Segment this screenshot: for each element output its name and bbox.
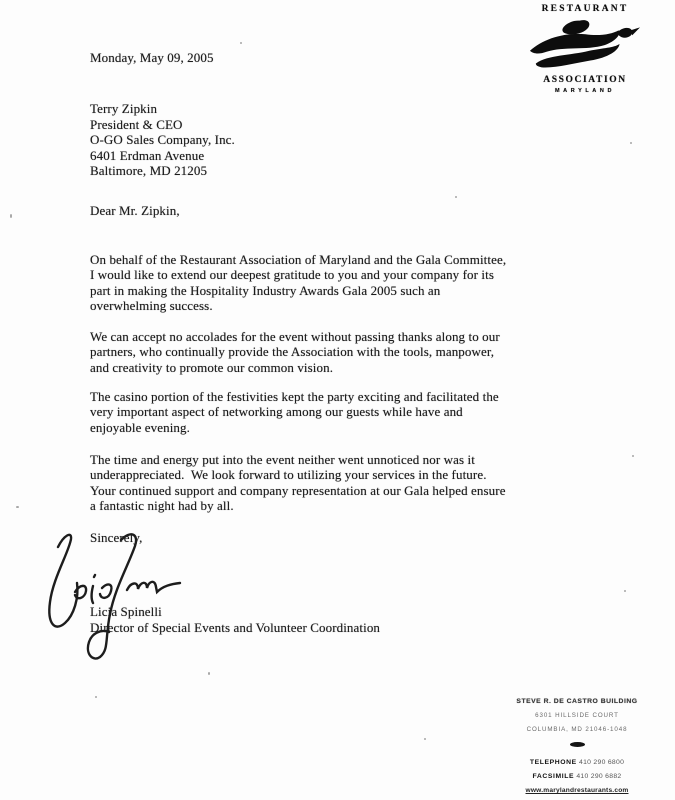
- paragraph-line: part in making the Hospitality Industry …: [90, 283, 506, 298]
- paragraph-line: partners, who continually provide the As…: [90, 344, 500, 359]
- paragraph-2: We can accept no accolades for the event…: [90, 329, 500, 375]
- logo-text-association: ASSOCIATION: [524, 75, 646, 85]
- scan-speckle: [632, 455, 634, 457]
- footer-telephone-label: TELEPHONE: [530, 759, 577, 766]
- recipient-city: Baltimore, MD 21205: [90, 163, 235, 179]
- footer-divider-ornament: [488, 733, 666, 752]
- logo-text-restaurant: RESTAURANT: [524, 4, 646, 14]
- scanned-letter-page: RESTAURANT ASSOCIATION MARYLAND Monday, …: [0, 0, 675, 800]
- scan-speckle: [208, 672, 210, 675]
- scan-speckle: [455, 196, 457, 198]
- recipient-company: O-GO Sales Company, Inc.: [90, 132, 235, 148]
- footer-facsimile-label: FACSIMILE: [532, 773, 574, 780]
- paragraph-line: The casino portion of the festivities ke…: [90, 389, 499, 404]
- paragraph-line: We can accept no accolades for the event…: [90, 329, 500, 344]
- scan-speckle: [630, 142, 632, 144]
- recipient-street: 6401 Erdman Avenue: [90, 148, 235, 164]
- recipient-title: President & CEO: [90, 117, 235, 133]
- footer-facsimile: FACSIMILE 410 290 6882: [488, 773, 666, 780]
- paragraph-line: a fantastic night had by all.: [90, 498, 506, 513]
- footer-website: www.marylandrestaurants.com: [488, 787, 666, 794]
- footer-telephone: TELEPHONE 410 290 6800: [488, 759, 666, 766]
- footer-street: 6301 HILLSIDE COURT: [488, 712, 666, 719]
- logo-text-maryland: MARYLAND: [524, 88, 646, 94]
- footer-building: STEVE R. DE CASTRO BUILDING: [488, 698, 666, 705]
- salutation: Dear Mr. Zipkin,: [90, 203, 180, 218]
- footer-city: COLUMBIA, MD 21046-1048: [488, 726, 666, 733]
- scan-speckle: [424, 738, 426, 740]
- paragraph-line: underappreciated. We look forward to uti…: [90, 467, 506, 482]
- footer-telephone-number: 410 290 6800: [579, 759, 624, 766]
- paragraph-line: and creativity to promote our common vis…: [90, 360, 500, 375]
- scan-speckle: [240, 42, 242, 44]
- letterhead-logo: RESTAURANT ASSOCIATION MARYLAND: [524, 4, 646, 94]
- scan-speckle: [624, 590, 626, 592]
- scan-speckle: [10, 214, 12, 218]
- paragraph-line: The time and energy put into the event n…: [90, 452, 506, 467]
- paragraph-3: The casino portion of the festivities ke…: [90, 389, 499, 435]
- paragraph-line: overwhelming success.: [90, 298, 506, 313]
- scan-speckle: [16, 506, 19, 508]
- paragraph-line: Your continued support and company repre…: [90, 483, 506, 498]
- paragraph-line: I would like to extend our deepest grati…: [90, 267, 506, 282]
- paragraph-line: very important aspect of networking amon…: [90, 404, 499, 419]
- handwritten-signature: [40, 527, 188, 661]
- paragraph-4: The time and energy put into the event n…: [90, 452, 506, 514]
- recipient-name: Terry Zipkin: [90, 101, 235, 117]
- wave-swoosh-icon: [524, 17, 646, 74]
- paragraph-line: On behalf of the Restaurant Association …: [90, 252, 506, 267]
- paragraph-1: On behalf of the Restaurant Association …: [90, 252, 506, 314]
- paragraph-line: enjoyable evening.: [90, 420, 499, 435]
- letterhead-footer: STEVE R. DE CASTRO BUILDING 6301 HILLSID…: [488, 698, 666, 794]
- letter-date: Monday, May 09, 2005: [90, 50, 214, 65]
- recipient-address-block: Terry Zipkin President & CEO O-GO Sales …: [90, 101, 235, 179]
- scan-speckle: [95, 696, 97, 698]
- footer-facsimile-number: 410 290 6882: [576, 773, 621, 780]
